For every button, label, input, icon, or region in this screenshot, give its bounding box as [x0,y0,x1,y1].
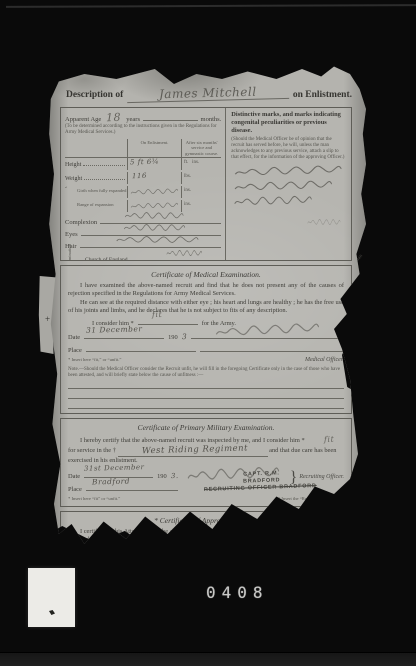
date-label: Date [68,473,80,481]
girth-after-cell: ins. [181,186,221,198]
medical-note: Note.—Should the Medical Officer conside… [68,367,344,379]
approving-place-line: Place Bradford [68,596,178,606]
splice-marker-speck [49,610,55,615]
medical-place-line: Place [68,345,344,355]
place-blank: Bradford [86,596,179,603]
date-blank: 31 December [84,332,164,339]
form-title-suffix: on Enlistment. [293,90,352,100]
blank-ruled-line [68,399,344,409]
brace-glyph: } [290,587,298,603]
place-label: Place [68,486,82,494]
primary-mid: for service in the † [68,447,116,454]
range-value-scrawl [130,201,179,210]
religion-section: Religious denomination Church of England… [65,254,221,261]
signature-line [191,332,344,339]
religion-vertical-label: Religious denomination [67,244,72,261]
approving-b2: If enlisted by special authority, Army F… [68,561,344,578]
frame-counter: 0408 [206,583,269,602]
months-label: months. [201,116,222,123]
years-label: years [126,116,140,123]
year-handwritten: 3 [182,331,188,341]
girth-label-cell: Chest measurement Girth when fully expan… [65,186,127,200]
primary-regiment-handwritten: West Riding Regiment [129,444,247,458]
primary-body: I hereby certify that the above-named re… [68,435,344,466]
film-splice-marker [28,568,75,627]
recruiting-officer-block: } Recruiting Officer. [290,470,344,486]
eyes-value-scrawl [123,223,186,232]
registration-mark: + [45,314,50,324]
place-blank: Bradford [86,484,179,491]
medical-certificate-section: Certificate of Medical Examination. I ha… [60,265,352,414]
hair-blank [80,241,222,248]
col-after-six-months: After six months' service and gymnastic … [181,139,221,158]
approving-body: I certify that this Attestation of the a… [68,528,344,545]
eyes-label: Eyes [65,231,78,238]
enlistment-form-page: Description of James Mitchell on Enlistm… [46,64,366,564]
approving-place-handwritten: Bradford [90,588,128,599]
recruiting-officer-label: Recruiting Officer. [299,474,344,482]
torn-edge-bite [196,542,346,568]
range-label: Range of expansion [65,202,114,207]
approving-officer-label: Approving Officer. [300,591,344,599]
leader-dots [83,160,125,166]
height-after-cell: ft. ins. [181,158,221,170]
medical-footnote-row: * Insert here “fit,” or “unfit.” Medical… [68,357,344,365]
place-blank [86,345,196,352]
date-label: Date [68,334,80,342]
weight-value-cell: 116 [127,172,181,184]
approving-date-line: Date 31 December 1904 [68,582,178,592]
stamp-town: BRADFORD [264,591,301,598]
approving-b1: I certify that this Attestation of the a… [68,528,339,543]
brace-glyph: } [290,470,298,486]
apparent-age-value: 18 [106,111,121,124]
girth-value-cell [127,186,181,198]
weight-value-handwritten: 116 [132,172,147,180]
film-bottom-edge [0,652,416,666]
primary-date-handwritten: 31st December [84,463,145,474]
recruit-name-handwritten: James Mitchell [127,84,289,103]
complexion-label: Complexion [65,219,97,226]
blank-ruled-line [68,379,344,389]
measurements-table: On Enlistment. After six months' service… [65,139,221,214]
fit-handwritten: fit [146,310,168,321]
approving-footnote-1: * The signature of the Approving Officer… [68,609,344,615]
primary-footnote-1: * Insert here “fit” or “unfit.” [68,496,120,502]
primary-examination-section: Certificate of Primary Military Examinat… [60,418,352,507]
form-title-prefix: Description of [66,90,123,100]
primary-place-handwritten: Bradford [92,476,130,487]
stamp-office: RECRUITING OFFICER [204,484,277,493]
weight-after-cell: lbs. [181,172,221,184]
range-after-cell: ins. [181,200,221,212]
primary-fit-handwritten: fit [306,434,340,445]
approving-date-handwritten: 31 December [84,575,137,585]
hair-value-scrawl [115,235,200,244]
pencil-note-scrawl [233,178,334,193]
primary-footnote-2: † Insert the “Regiment” or “Corps.” [278,496,344,502]
medical-paragraph-2: He can see at the required distance with… [68,299,344,316]
primary-footnotes: * Insert here “fit” or “unfit.” † Insert… [68,496,344,502]
microfilm-frame: + me and Christian Description of James … [0,0,416,666]
primary-year-handwritten: 3. [171,471,179,480]
approving-regiment-line: West Riding Regiment [96,546,344,560]
blank-ruled-line [68,389,344,399]
height-label: Height [65,162,81,168]
leader-dots [84,174,125,180]
form-header: Description of James Mitchell on Enlistm… [66,86,352,101]
approving-regiment-handwritten: West Riding Regiment [96,544,249,561]
complexion-value-scrawl [124,211,185,220]
approving-footnote-2: † Insert the “Corps” for which the Recru… [68,615,344,621]
chest-measurement-label: Chest measurement [65,186,68,188]
primary-footer: Date 31st December 1903. Place Bradford … [68,468,344,495]
medical-date-line: Date 31 December 1903 [68,332,344,342]
height-value-handwritten: 5 ft 6¾ [130,157,159,166]
torn-edge-bite [44,526,174,568]
distinctive-marks-note: (Should the Medical Officer be of opinio… [231,137,346,161]
description-panel: Apparent Age 18 years months. (To be det… [60,107,352,261]
apparent-age-row: Apparent Age 18 years months. [65,111,221,124]
description-left-column: Apparent Age 18 years months. (To be det… [61,108,226,260]
religion-mark-scrawl [166,249,203,257]
religion-church-of-england: Church of England [85,257,128,261]
col-on-enlistment: On Enlistment. [127,139,181,158]
year-printed: 190 [168,334,178,342]
girth-label: Girth when fully expanded [65,188,126,193]
weight-label: Weight [65,176,82,182]
medical-certificate-title: Certificate of Medical Examination. [68,270,344,280]
approving-officer-section: * Certificate of Approving Officer. I ce… [60,511,352,626]
film-scratch-line [6,4,416,8]
approving-year-handwritten: 4 [173,583,178,592]
year-printed: 190 [160,584,170,592]
girth-value-scrawl [130,187,179,196]
months-blank [143,114,198,121]
primary-pre: I hereby certify that the above-named re… [80,437,305,444]
medical-footnote: * Insert here “fit,” or “unfit.” [68,357,121,365]
religion-item: Church of England [85,254,221,261]
approving-title: * Certificate of Approving Officer. [68,516,344,526]
pencil-note-scrawl [233,194,314,208]
place-label: Place [68,347,82,355]
date-blank: 31 December [84,582,156,589]
medical-paragraph-1: I have examined the above-named recruit … [68,282,344,299]
pencil-note-scrawl [233,163,344,178]
height-value-cell: 5 ft 6¾ [127,158,181,170]
recruiting-officer-stamp: CAPT. R.M. BRADFORD [243,470,281,485]
approving-officer-block: } Approving Officer. [290,587,344,603]
distinctive-marks-panel: Distinctive marks, and marks indicating … [226,108,351,260]
distinctive-marks-title: Distinctive marks, and marks indicating … [231,111,346,135]
primary-place-line: Place Bradford [68,484,178,494]
consider-blank: fit [138,318,198,325]
date-handwritten: 31 December [86,324,143,335]
primary-title: Certificate of Primary Military Examinat… [68,423,344,433]
officer-line-blank [200,345,344,352]
medical-officer-label: Medical Officer. [305,357,344,365]
weight-label-cell: Weight [65,172,127,186]
year-printed: 190 [157,473,167,481]
apparent-age-note: (To be determined according to the instr… [65,124,221,136]
height-label-cell: Height [65,158,127,172]
apparent-age-label: Apparent Age [65,116,101,123]
range-label-cell: Range of expansion [65,200,127,214]
table-corner [65,139,127,158]
faint-pencil-scrawl [307,218,341,226]
